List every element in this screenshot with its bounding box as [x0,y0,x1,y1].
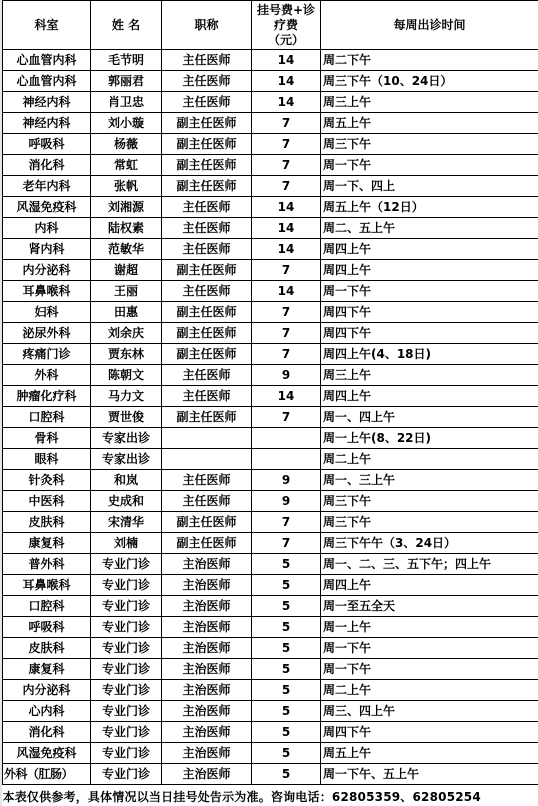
department-cell: 肾内科 [3,239,91,260]
doctor-name-cell: 刘楠 [91,533,162,554]
header-weekly-hours: 每周出诊时间 [321,1,538,50]
title-cell: 副主任医师 [162,533,252,554]
title-cell: 副主任医师 [162,113,252,134]
fee-cell: 5 [252,701,321,722]
title-cell: 副主任医师 [162,176,252,197]
doctor-name-cell: 陈朝文 [91,365,162,386]
title-cell: 主治医师 [162,596,252,617]
header-fee: 挂号费+诊 疗费 （元） [252,1,321,50]
fee-cell: 7 [252,344,321,365]
table-row: 耳鼻喉科专业门诊主治医师5周四上午 [3,575,538,596]
department-cell: 疼痛门诊 [3,344,91,365]
table-row: 心内科专业门诊主治医师5周三、四上午 [3,701,538,722]
header-name: 姓 名 [91,1,162,50]
fee-cell: 5 [252,722,321,743]
table-row: 皮肤科专业门诊主治医师5周一下午 [3,638,538,659]
table-row: 心血管内科毛节明主任医师14周二下午 [3,50,538,71]
department-cell: 消化科 [3,155,91,176]
table-row: 风湿免疫科刘湘源主任医师14周五上午（12日） [3,197,538,218]
department-cell: 呼吸科 [3,617,91,638]
title-cell: 副主任医师 [162,302,252,323]
doctor-name-cell: 专业门诊 [91,617,162,638]
department-cell: 耳鼻喉科 [3,281,91,302]
table-row: 外科（肛肠）专业门诊主治医师5周一下午、五上午 [3,764,538,785]
weekly-hours-cell: 周一上午(8、22日) [321,428,538,449]
department-cell: 耳鼻喉科 [3,575,91,596]
fee-cell [252,428,321,449]
fee-cell: 7 [252,533,321,554]
doctor-name-cell: 贾世俊 [91,407,162,428]
doctor-name-cell: 专业门诊 [91,596,162,617]
weekly-hours-cell: 周四下午 [321,302,538,323]
department-cell: 内分泌科 [3,680,91,701]
weekly-hours-cell: 周一上午 [321,617,538,638]
department-cell: 内分泌科 [3,260,91,281]
table-row: 口腔科贾世俊副主任医师7周一、四上午 [3,407,538,428]
fee-cell: 9 [252,470,321,491]
department-cell: 内科 [3,218,91,239]
fee-cell: 14 [252,386,321,407]
doctor-name-cell: 专业门诊 [91,701,162,722]
fee-cell: 14 [252,218,321,239]
title-cell: 主治医师 [162,680,252,701]
doctor-name-cell: 范敏华 [91,239,162,260]
fee-cell: 14 [252,281,321,302]
doctor-name-cell: 专业门诊 [91,554,162,575]
fee-cell: 7 [252,407,321,428]
doctor-name-cell: 专业门诊 [91,722,162,743]
department-cell: 口腔科 [3,596,91,617]
fee-cell: 7 [252,134,321,155]
doctor-name-cell: 常虹 [91,155,162,176]
title-cell: 副主任医师 [162,155,252,176]
weekly-hours-cell: 周一下午 [321,659,538,680]
table-row: 耳鼻喉科王丽主任医师14周一下午 [3,281,538,302]
fee-cell: 7 [252,512,321,533]
fee-cell: 14 [252,239,321,260]
doctor-name-cell: 史成和 [91,491,162,512]
table-row: 眼科专家出诊周二上午 [3,449,538,470]
department-cell: 神经内科 [3,113,91,134]
weekly-hours-cell: 周二下午 [321,50,538,71]
table-row: 风湿免疫科专业门诊主治医师5周五上午 [3,743,538,764]
header-title: 职称 [162,1,252,50]
weekly-hours-cell: 周四上午 [321,386,538,407]
fee-cell: 5 [252,596,321,617]
department-cell: 呼吸科 [3,134,91,155]
title-cell: 主任医师 [162,239,252,260]
title-cell: 主任医师 [162,281,252,302]
department-cell: 普外科 [3,554,91,575]
department-cell: 神经内科 [3,92,91,113]
doctor-name-cell: 专业门诊 [91,680,162,701]
department-cell: 风湿免疫科 [3,743,91,764]
weekly-hours-cell: 周三下午午（3、24日） [321,533,538,554]
title-cell: 主治医师 [162,554,252,575]
table-row: 泌尿外科刘余庆副主任医师7周四下午 [3,323,538,344]
doctor-name-cell: 杨薇 [91,134,162,155]
title-cell: 副主任医师 [162,512,252,533]
doctor-name-cell: 刘小璇 [91,113,162,134]
weekly-hours-cell: 周一、三上午 [321,470,538,491]
department-cell: 心血管内科 [3,71,91,92]
weekly-hours-cell: 周二、五上午 [321,218,538,239]
weekly-hours-cell: 周四上午 [321,260,538,281]
weekly-hours-cell: 周一下午、五上午 [321,764,538,785]
doctor-name-cell: 专业门诊 [91,743,162,764]
clinic-schedule-table: 科室 姓 名 职称 挂号费+诊 疗费 （元） 每周出诊时间 心血管内科毛节明主任… [2,0,538,806]
weekly-hours-cell: 周四上午(4、18日) [321,344,538,365]
weekly-hours-cell: 周四下午 [321,722,538,743]
table-row: 皮肤科宋清华副主任医师7周三下午 [3,512,538,533]
weekly-hours-cell: 周三下午 [321,491,538,512]
doctor-name-cell: 陆权素 [91,218,162,239]
doctor-name-cell: 专业门诊 [91,575,162,596]
department-cell: 中医科 [3,491,91,512]
table-row: 骨科专家出诊周一上午(8、22日) [3,428,538,449]
department-cell: 康复科 [3,659,91,680]
fee-cell: 7 [252,323,321,344]
title-cell [162,449,252,470]
weekly-hours-cell: 周三上午 [321,365,538,386]
title-cell: 主任医师 [162,92,252,113]
department-cell: 妇科 [3,302,91,323]
title-cell: 主治医师 [162,638,252,659]
footer-note: 本表仅供参考，具体情况以当日挂号处告示为准。咨询电话：62805359、6280… [3,785,538,806]
doctor-name-cell: 毛节明 [91,50,162,71]
weekly-hours-cell: 周一、四上午 [321,407,538,428]
weekly-hours-cell: 周一下午 [321,281,538,302]
doctor-name-cell: 和岚 [91,470,162,491]
schedule-sheet: 科室 姓 名 职称 挂号费+诊 疗费 （元） 每周出诊时间 心血管内科毛节明主任… [2,0,538,806]
title-cell: 主任医师 [162,50,252,71]
weekly-hours-cell: 周一下、四上 [321,176,538,197]
fee-cell: 5 [252,638,321,659]
title-cell: 主治医师 [162,575,252,596]
table-row: 呼吸科专业门诊主治医师5周一上午 [3,617,538,638]
fee-cell: 5 [252,554,321,575]
doctor-name-cell: 张帆 [91,176,162,197]
doctor-name-cell: 田惠 [91,302,162,323]
weekly-hours-cell: 周四上午 [321,239,538,260]
table-row: 肿瘤化疗科马力文主任医师14周四上午 [3,386,538,407]
weekly-hours-cell: 周三上午 [321,92,538,113]
header-department: 科室 [3,1,91,50]
department-cell: 皮肤科 [3,638,91,659]
department-cell: 眼科 [3,449,91,470]
weekly-hours-cell: 周四上午 [321,575,538,596]
title-cell: 主治医师 [162,722,252,743]
doctor-name-cell: 专业门诊 [91,638,162,659]
fee-cell: 5 [252,743,321,764]
doctor-name-cell: 专业门诊 [91,764,162,785]
table-row: 神经内科肖卫忠主任医师14周三上午 [3,92,538,113]
table-row: 疼痛门诊贾东林副主任医师7周四上午(4、18日) [3,344,538,365]
header-row: 科室 姓 名 职称 挂号费+诊 疗费 （元） 每周出诊时间 [3,1,538,50]
weekly-hours-cell: 周五上午 [321,743,538,764]
table-row: 普外科专业门诊主治医师5周一、二、三、五下午；四上午 [3,554,538,575]
department-cell: 老年内科 [3,176,91,197]
weekly-hours-cell: 周二上午 [321,680,538,701]
table-row: 中医科史成和主任医师9周三下午 [3,491,538,512]
table-row: 肾内科范敏华主任医师14周四上午 [3,239,538,260]
table-row: 外科陈朝文主任医师9周三上午 [3,365,538,386]
table-row: 内科陆权素主任医师14周二、五上午 [3,218,538,239]
department-cell: 肿瘤化疗科 [3,386,91,407]
weekly-hours-cell: 周一至五全天 [321,596,538,617]
doctor-name-cell: 贾东林 [91,344,162,365]
weekly-hours-cell: 周一、二、三、五下午；四上午 [321,554,538,575]
fee-cell: 14 [252,92,321,113]
title-cell: 主任医师 [162,365,252,386]
weekly-hours-cell: 周一下午 [321,638,538,659]
department-cell: 针灸科 [3,470,91,491]
weekly-hours-cell: 周三、四上午 [321,701,538,722]
header-fee-line2: 疗费 [252,18,320,33]
weekly-hours-cell: 周四下午 [321,323,538,344]
title-cell: 主任医师 [162,218,252,239]
department-cell: 骨科 [3,428,91,449]
title-cell: 副主任医师 [162,344,252,365]
table-row: 呼吸科杨薇副主任医师7周三下午 [3,134,538,155]
header-fee-line3: （元） [252,33,320,48]
table-row: 内分泌科谢超副主任医师7周四上午 [3,260,538,281]
department-cell: 消化科 [3,722,91,743]
department-cell: 口腔科 [3,407,91,428]
fee-cell: 5 [252,659,321,680]
doctor-name-cell: 专家出诊 [91,428,162,449]
table-row: 康复科专业门诊主治医师5周一下午 [3,659,538,680]
table-row: 消化科常虹副主任医师7周一下午 [3,155,538,176]
title-cell: 副主任医师 [162,323,252,344]
table-row: 康复科刘楠副主任医师7周三下午午（3、24日） [3,533,538,554]
fee-cell: 7 [252,260,321,281]
fee-cell: 5 [252,680,321,701]
doctor-name-cell: 专业门诊 [91,659,162,680]
doctor-name-cell: 肖卫忠 [91,92,162,113]
department-cell: 风湿免疫科 [3,197,91,218]
weekly-hours-cell: 周五上午 [321,113,538,134]
fee-cell: 5 [252,764,321,785]
table-row: 心血管内科郭丽君主任医师14周三下午（10、24日） [3,71,538,92]
department-cell: 心血管内科 [3,50,91,71]
table-row: 神经内科刘小璇副主任医师7周五上午 [3,113,538,134]
title-cell: 主治医师 [162,617,252,638]
fee-cell: 7 [252,113,321,134]
doctor-name-cell: 郭丽君 [91,71,162,92]
title-cell: 主任医师 [162,197,252,218]
department-cell: 外科（肛肠） [3,764,91,785]
title-cell: 副主任医师 [162,260,252,281]
doctor-name-cell: 宋清华 [91,512,162,533]
fee-cell: 9 [252,365,321,386]
fee-cell [252,449,321,470]
department-cell: 皮肤科 [3,512,91,533]
weekly-hours-cell: 周三下午 [321,512,538,533]
table-body: 心血管内科毛节明主任医师14周二下午心血管内科郭丽君主任医师14周三下午（10、… [3,50,538,785]
department-cell: 心内科 [3,701,91,722]
table-row: 老年内科张帆副主任医师7周一下、四上 [3,176,538,197]
title-cell: 主任医师 [162,491,252,512]
weekly-hours-cell: 周三下午 [321,134,538,155]
title-cell: 副主任医师 [162,407,252,428]
weekly-hours-cell: 周二上午 [321,449,538,470]
title-cell: 主任医师 [162,71,252,92]
doctor-name-cell: 刘余庆 [91,323,162,344]
weekly-hours-cell: 周一下午 [321,155,538,176]
table-row: 消化科专业门诊主治医师5周四下午 [3,722,538,743]
doctor-name-cell: 专家出诊 [91,449,162,470]
table-row: 口腔科专业门诊主治医师5周一至五全天 [3,596,538,617]
fee-cell: 14 [252,71,321,92]
doctor-name-cell: 谢超 [91,260,162,281]
weekly-hours-cell: 周五上午（12日） [321,197,538,218]
doctor-name-cell: 王丽 [91,281,162,302]
title-cell: 主治医师 [162,743,252,764]
title-cell: 主治医师 [162,764,252,785]
title-cell [162,428,252,449]
fee-cell: 9 [252,491,321,512]
title-cell: 副主任医师 [162,134,252,155]
doctor-name-cell: 马力文 [91,386,162,407]
fee-cell: 14 [252,50,321,71]
table-row: 内分泌科专业门诊主治医师5周二上午 [3,680,538,701]
fee-cell: 7 [252,302,321,323]
department-cell: 泌尿外科 [3,323,91,344]
fee-cell: 5 [252,575,321,596]
title-cell: 主治医师 [162,701,252,722]
fee-cell: 7 [252,176,321,197]
title-cell: 主治医师 [162,659,252,680]
department-cell: 外科 [3,365,91,386]
weekly-hours-cell: 周三下午（10、24日） [321,71,538,92]
department-cell: 康复科 [3,533,91,554]
fee-cell: 7 [252,155,321,176]
title-cell: 主任医师 [162,386,252,407]
doctor-name-cell: 刘湘源 [91,197,162,218]
title-cell: 主任医师 [162,470,252,491]
table-row: 针灸科和岚主任医师9周一、三上午 [3,470,538,491]
header-fee-line1: 挂号费+诊 [252,3,320,18]
fee-cell: 14 [252,197,321,218]
footer-row: 本表仅供参考，具体情况以当日挂号处告示为准。咨询电话：62805359、6280… [3,785,538,806]
table-row: 妇科田惠副主任医师7周四下午 [3,302,538,323]
fee-cell: 5 [252,617,321,638]
